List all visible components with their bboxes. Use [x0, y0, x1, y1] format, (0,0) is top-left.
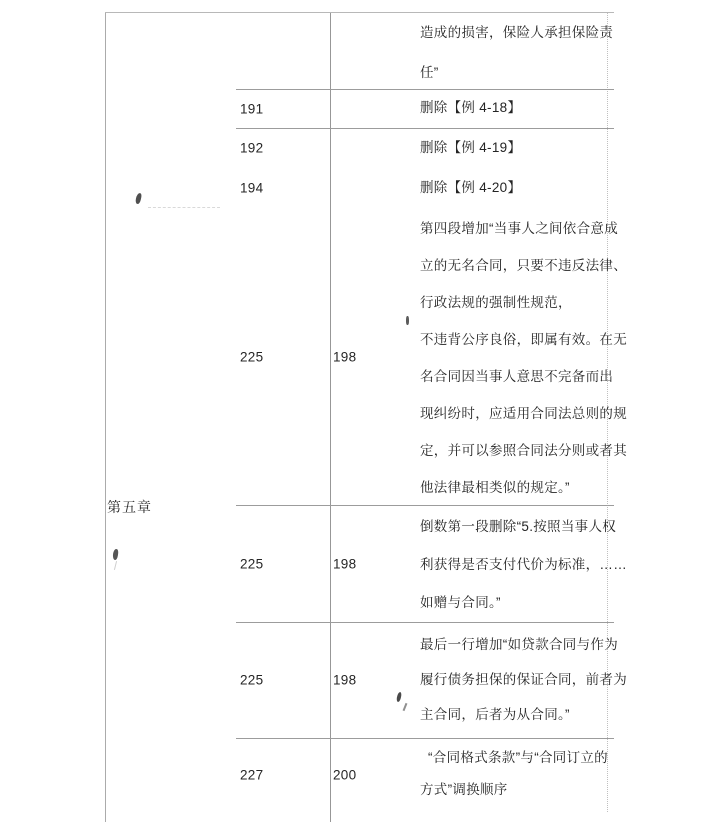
table-row: 191删除【例 4-18】	[0, 89, 717, 128]
text-line: 行政法规的强制性规范，	[420, 284, 620, 321]
revision-text-cell: 倒数第一段删除“5.按照当事人权利获得是否支付代价为标准，……如赠与合同。”	[420, 505, 620, 622]
text-line: 任”	[420, 53, 620, 93]
text-line: 利获得是否支付代价为标准，……	[420, 546, 620, 584]
revision-text-cell: 删除【例 4-18】	[420, 89, 620, 118]
text-line: 倒数第一段删除“5.按照当事人权	[420, 508, 620, 546]
text-line: 他法律最相类似的规定。”	[420, 469, 620, 506]
page-number-old: 198	[333, 349, 356, 364]
text-line: 定，并可以参照合同法分则或者其	[420, 432, 620, 469]
revision-text-cell: 第四段增加“当事人之间依合意成立的无名合同，只要不违反法律、行政法规的强制性规范…	[420, 208, 620, 506]
table-row: 225198最后一行增加“如贷款合同与作为履行债务担保的保证合同，前者为主合同，…	[0, 622, 717, 738]
text-line: 造成的损害，保险人承担保险责	[420, 13, 620, 53]
page-number-new: 194	[240, 181, 263, 196]
text-line: 如赠与合同。”	[420, 584, 620, 622]
table-row: 194删除【例 4-20】	[0, 168, 717, 208]
text-line: 主合同，后者为从合同。”	[420, 697, 620, 732]
text-line: 最后一行增加“如贷款合同与作为	[420, 627, 620, 662]
table-row: 225198第四段增加“当事人之间依合意成立的无名合同，只要不违反法律、行政法规…	[0, 208, 717, 505]
page-number-new: 192	[240, 141, 263, 156]
table-row: 造成的损害，保险人承担保险责任”	[0, 12, 717, 89]
revision-text-cell: “合同格式条款”与“合同订立的方式”调换顺序	[420, 738, 620, 806]
text-line: 删除【例 4-19】	[420, 138, 620, 158]
table-row: 225198倒数第一段删除“5.按照当事人权利获得是否支付代价为标准，……如赠与…	[0, 505, 717, 622]
table-row: 227200“合同格式条款”与“合同订立的方式”调换顺序	[0, 738, 717, 822]
text-line: 不违背公序良俗，即属有效。在无	[420, 321, 620, 358]
text-line: 删除【例 4-18】	[420, 98, 620, 118]
text-line: “合同格式条款”与“合同订立的	[420, 742, 620, 774]
text-line: 名合同因当事人意思不完备而出	[420, 358, 620, 395]
page-number-new: 225	[240, 349, 263, 364]
page-number-old: 198	[333, 673, 356, 688]
text-line: 现纠纷时，应适用合同法总则的规	[420, 395, 620, 432]
text-line: 第四段增加“当事人之间依合意成	[420, 210, 620, 247]
page-number-new: 191	[240, 101, 263, 116]
text-line: 立的无名合同，只要不违反法律、	[420, 247, 620, 284]
text-line: 删除【例 4-20】	[420, 178, 620, 198]
revision-text-cell: 删除【例 4-20】	[420, 168, 620, 198]
text-line: 履行债务担保的保证合同，前者为	[420, 662, 620, 697]
document-page: 第五章 造成的损害，保险人承担保险责任”191删除【例 4-18】192删除【例…	[0, 0, 717, 830]
revision-text-cell: 删除【例 4-19】	[420, 128, 620, 158]
page-number-old: 200	[333, 768, 356, 783]
page-number-old: 198	[333, 556, 356, 571]
page-number-new: 227	[240, 768, 263, 783]
page-number-new: 225	[240, 556, 263, 571]
revision-text-cell: 最后一行增加“如贷款合同与作为履行债务担保的保证合同，前者为主合同，后者为从合同…	[420, 622, 620, 732]
table-row: 192删除【例 4-19】	[0, 128, 717, 168]
revision-text-cell: 造成的损害，保险人承担保险责任”	[420, 12, 620, 93]
text-line: 方式”调换顺序	[420, 774, 620, 806]
page-number-new: 225	[240, 673, 263, 688]
